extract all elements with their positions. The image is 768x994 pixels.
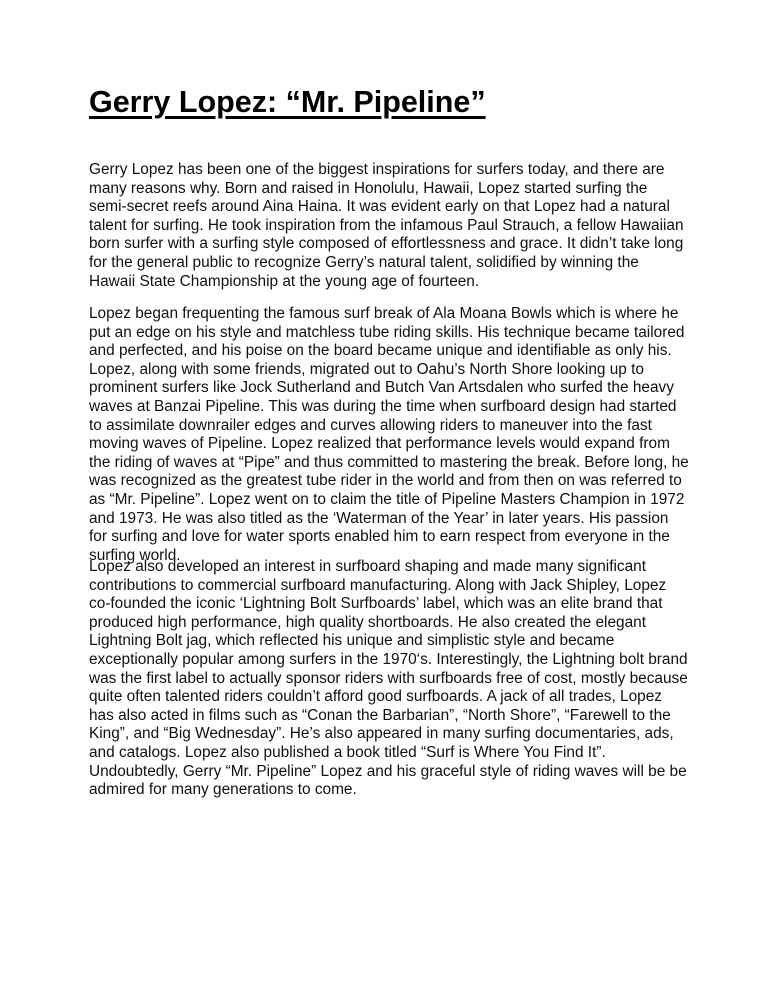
text-line: for the general public to recognize Gerr…: [89, 254, 689, 273]
text-line: waves at Banzai Pipeline. This was durin…: [89, 398, 689, 417]
text-line: Gerry Lopez has been one of the biggest …: [89, 161, 689, 180]
text-line: the riding of waves at “Pipe” and thus c…: [89, 454, 689, 473]
text-line: Lopez began frequenting the famous surf …: [89, 305, 689, 324]
paragraph-1: Gerry Lopez has been one of the biggest …: [89, 161, 689, 291]
text-line: quite often talented riders couldn’t aff…: [89, 688, 689, 707]
document-page: Gerry Lopez: “Mr. Pipeline” Gerry Lopez …: [0, 0, 768, 994]
text-line: and 1973. He was also titled as the ‘Wat…: [89, 510, 689, 529]
text-line: many reasons why. Born and raised in Hon…: [89, 180, 689, 199]
text-line: Lopez, along with some friends, migrated…: [89, 361, 689, 380]
text-line: Undoubtedly, Gerry “Mr. Pipeline” Lopez …: [89, 763, 689, 782]
text-line: semi-secret reefs around Aina Haina. It …: [89, 198, 689, 217]
text-line: was recognized as the greatest tube ride…: [89, 472, 689, 491]
text-line: Hawaii State Championship at the young a…: [89, 273, 689, 292]
text-line: talent for surfing. He took inspiration …: [89, 217, 689, 236]
text-line: born surfer with a surfing style compose…: [89, 235, 689, 254]
text-line: contributions to commercial surfboard ma…: [89, 577, 689, 596]
text-line: prominent surfers like Jock Sutherland a…: [89, 379, 689, 398]
text-line: Lopez also developed an interest in surf…: [89, 558, 689, 577]
text-line: has also acted in films such as “Conan t…: [89, 707, 689, 726]
text-line: moving waves of Pipeline. Lopez realized…: [89, 435, 689, 454]
paragraph-2: Lopez began frequenting the famous surf …: [89, 305, 689, 565]
text-line: and catalogs. Lopez also published a boo…: [89, 744, 689, 763]
text-line: co-founded the iconic ‘Lightning Bolt Su…: [89, 595, 689, 614]
text-line: exceptionally popular among surfers in t…: [89, 651, 689, 670]
text-line: was the first label to actually sponsor …: [89, 670, 689, 689]
text-line: produced high performance, high quality …: [89, 614, 689, 633]
text-line: for surfing and love for water sports en…: [89, 528, 689, 547]
text-line: as “Mr. Pipeline”. Lopez went on to clai…: [89, 491, 689, 510]
text-line: admired for many generations to come.: [89, 781, 689, 800]
paragraph-3: Lopez also developed an interest in surf…: [89, 558, 689, 800]
document-title: Gerry Lopez: “Mr. Pipeline”: [89, 84, 486, 120]
text-line: King”, and “Big Wednesday”. He’s also ap…: [89, 725, 689, 744]
text-line: and perfected, and his poise on the boar…: [89, 342, 689, 361]
text-line: put an edge on his style and matchless t…: [89, 324, 689, 343]
text-line: Lightning Bolt jag, which reflected his …: [89, 632, 689, 651]
text-line: to assimilate downrailer edges and curve…: [89, 417, 689, 436]
